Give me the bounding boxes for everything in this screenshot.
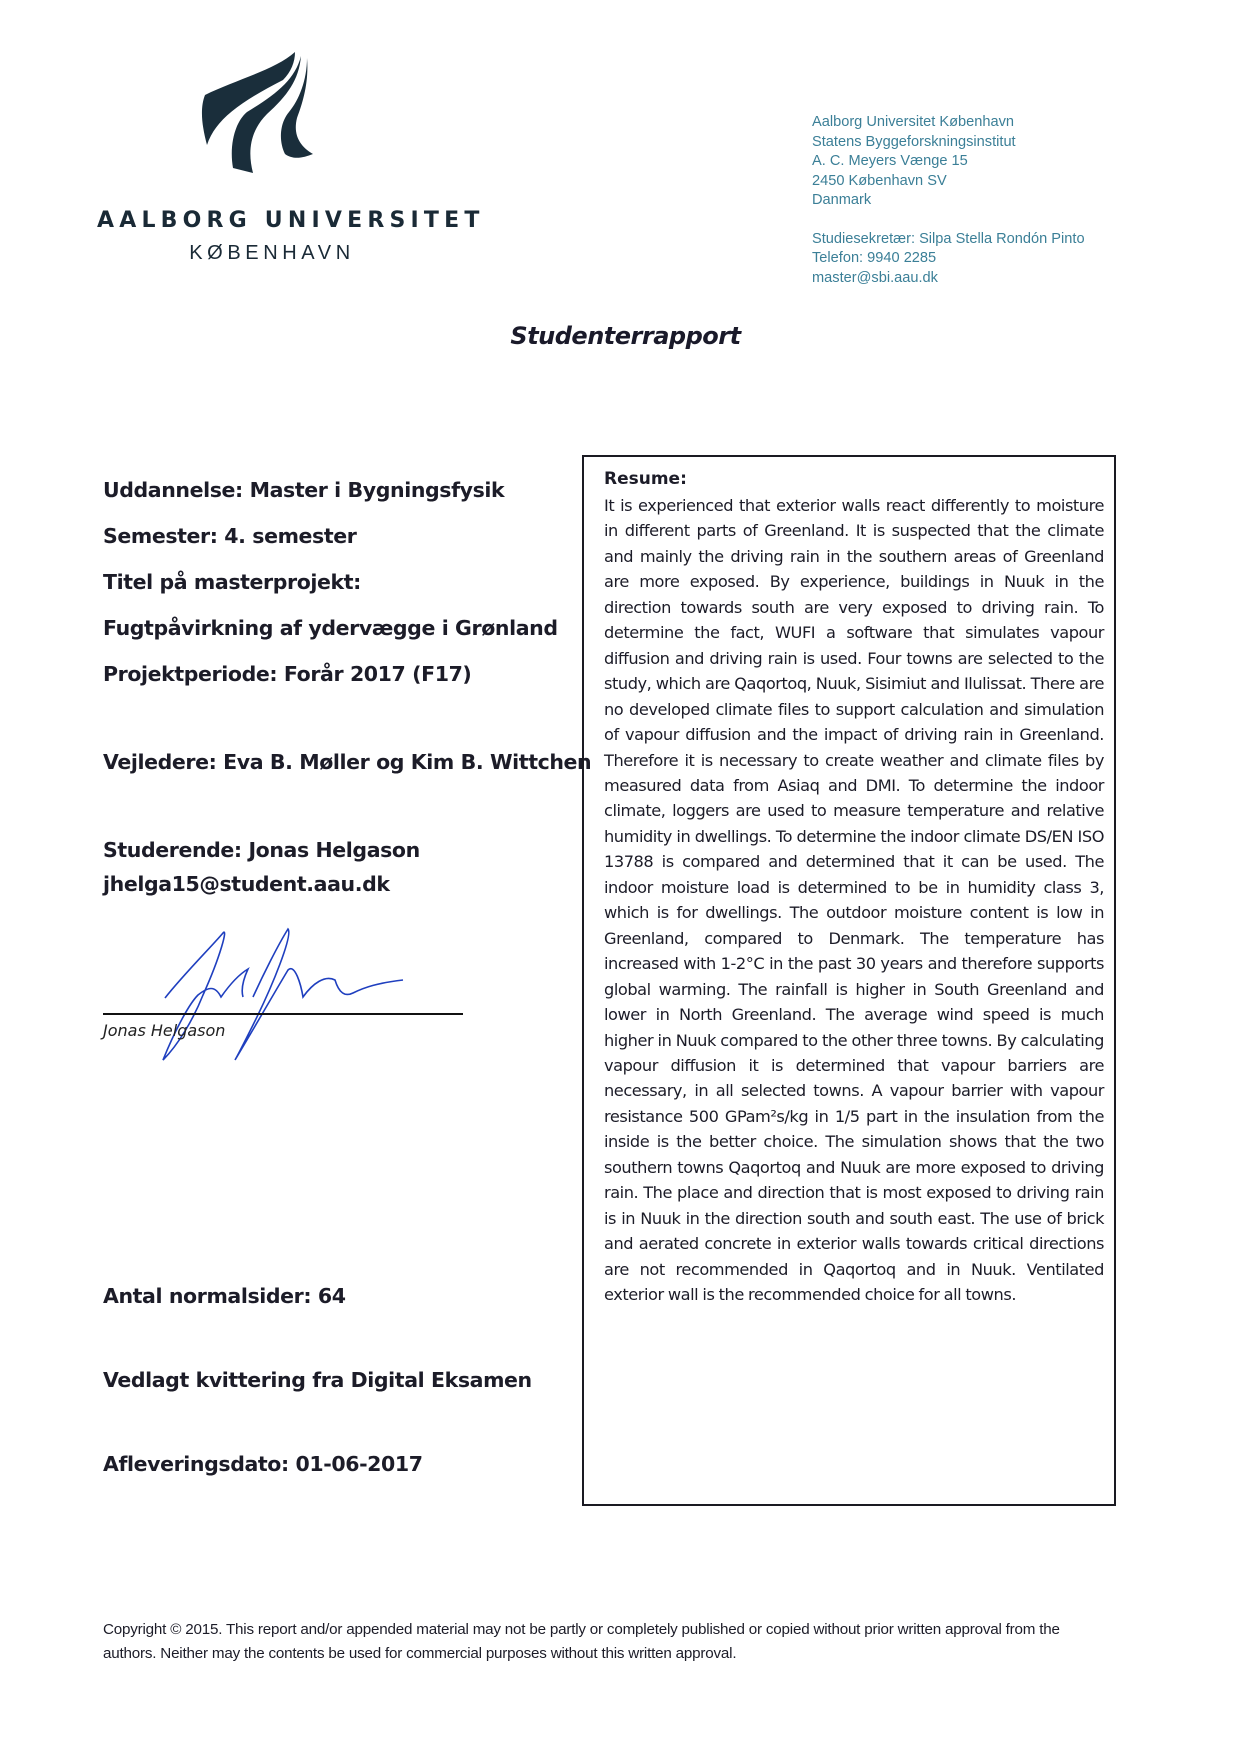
resume-box: Resume: It is experienced that exterior … [582,455,1116,1506]
submission-date-field: Afleveringsdato: 01-06-2017 [103,1452,423,1476]
resume-title: Resume: [604,469,687,489]
university-name: AALBORG UNIVERSITET [97,208,437,233]
handwritten-signature-icon [103,925,463,1075]
page-count-field: Antal normalsider: 64 [103,1284,346,1308]
student-field: Studerende: Jonas Helgason [103,838,420,862]
education-field: Uddannelse: Master i Bygningsfysik [103,478,504,502]
phone-line: Telefon: 9940 2285 [812,249,1085,269]
project-period-field: Projektperiode: Forår 2017 (F17) [103,662,471,686]
address-block: Aalborg Universitet København Statens By… [812,113,1085,288]
supervisors-field: Vejledere: Eva B. Møller og Kim B. Wittc… [103,750,591,774]
resume-text: It is experienced that exterior walls re… [604,493,1104,1308]
attachment-note: Vedlagt kvittering fra Digital Eksamen [103,1368,532,1392]
signature-line [103,1013,463,1015]
university-city: KØBENHAVN [97,242,437,265]
project-title-value: Fugtpåvirkning af ydervægge i Grønland [103,616,558,640]
secretary-line: Studiesekretær: Silpa Stella Rondón Pint… [812,230,1085,250]
email-link[interactable]: master@sbi.aau.dk [812,269,1085,289]
signature-block: Jonas Helgason [103,925,463,1075]
address-line: A. C. Meyers Vænge 15 [812,152,1085,172]
address-line: 2450 København SV [812,172,1085,192]
semester-field: Semester: 4. semester [103,524,356,548]
address-line: Aalborg Universitet København [812,113,1085,133]
copyright-notice: Copyright © 2015. This report and/or app… [103,1618,1063,1666]
address-line: Danmark [812,191,1085,211]
signature-name: Jonas Helgason [103,1021,225,1040]
address-line: Statens Byggeforskningsinstitut [812,133,1085,153]
document-type-heading: Studenterrapport [0,322,1241,350]
project-title-label: Titel på masterprojekt: [103,570,361,594]
aau-wave-logo-icon [195,50,315,175]
student-email[interactable]: jhelga15@student.aau.dk [103,872,390,896]
